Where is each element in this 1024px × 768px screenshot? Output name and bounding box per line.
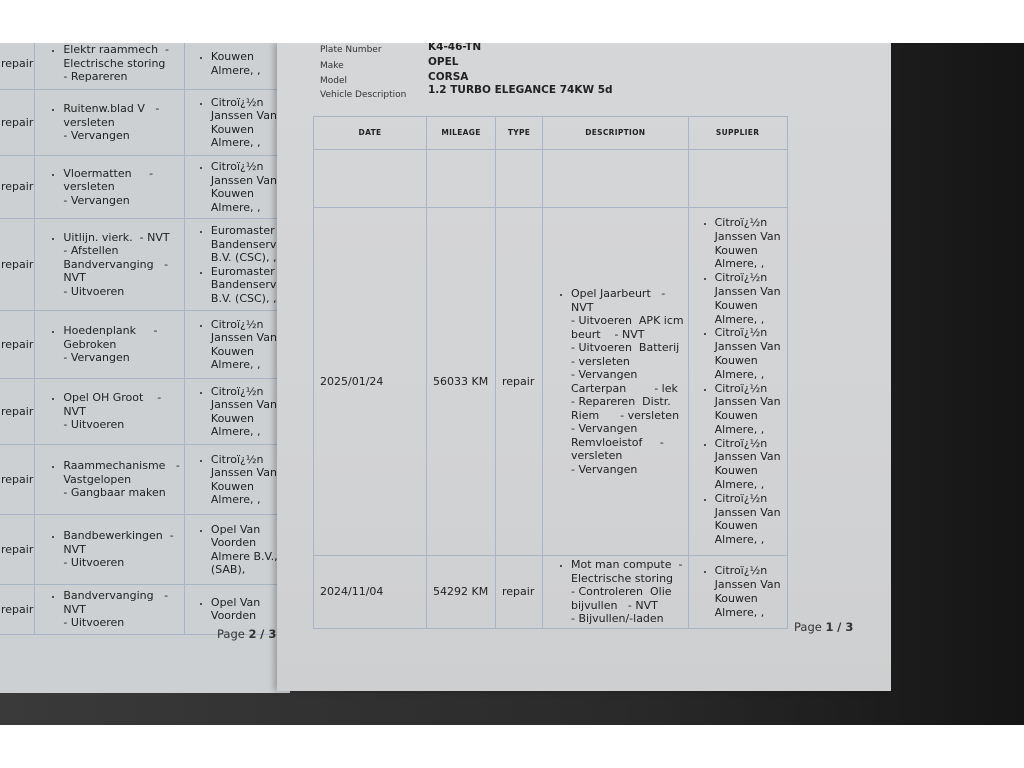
bullet-list: Opel OH Groot -NVT- Uitvoeren bbox=[39, 391, 180, 432]
text-line: Remvloeistof - bbox=[571, 436, 684, 450]
list-item: Citroï¿½nJanssen VanKouwenAlmere, , bbox=[715, 437, 785, 492]
bullet-list: Citroï¿½nJanssen VanKouwenAlmere, , bbox=[691, 564, 785, 619]
text-line: Almere, , bbox=[715, 313, 785, 327]
type-cell: repair bbox=[0, 43, 35, 90]
text-line: NVT bbox=[63, 603, 180, 617]
text-line: versleten bbox=[571, 449, 684, 463]
description-cell: Uitlijn. vierk. - NVT- AfstellenBandverv… bbox=[35, 219, 185, 311]
description-cell: Bandvervanging -NVT- Uitvoeren bbox=[35, 585, 185, 635]
description-cell: Elektr raammech -Electrische storing- Re… bbox=[35, 43, 185, 90]
description-cell: Opel OH Groot -NVT- Uitvoeren bbox=[35, 379, 185, 445]
model-value: CORSA bbox=[428, 71, 468, 83]
text-line: - Uitvoeren bbox=[63, 285, 180, 299]
service-history-table-page-2: repairElektr raammech -Electrische stori… bbox=[0, 43, 295, 635]
supplier-cell: Citroï¿½nJanssen VanKouwenAlmere, , bbox=[688, 556, 787, 629]
list-item: Vloermatten -versleten- Vervangen bbox=[63, 167, 180, 208]
text-line: Kouwen bbox=[715, 592, 785, 606]
bullet-list: Uitlijn. vierk. - NVT- AfstellenBandverv… bbox=[39, 231, 180, 299]
list-item: Hoedenplank -Gebroken- Vervangen bbox=[63, 324, 180, 365]
text-line: Janssen Van bbox=[715, 285, 785, 299]
text-line: Riem - versleten bbox=[571, 409, 684, 423]
table-row: repairHoedenplank -Gebroken- VervangenCi… bbox=[0, 311, 295, 379]
table-row: repairOpel OH Groot -NVT- UitvoerenCitro… bbox=[0, 379, 295, 445]
bullet-list: Ruitenw.blad V -versleten- Vervangen bbox=[39, 102, 180, 143]
text-line: Opel OH Groot - bbox=[63, 391, 180, 405]
text-line: - Uitvoeren bbox=[63, 418, 180, 432]
model-label: Model bbox=[320, 76, 347, 86]
text-line: Janssen Van bbox=[715, 340, 785, 354]
description-cell: Mot man compute -Electrische storing- Co… bbox=[543, 556, 689, 629]
description-cell: Ruitenw.blad V -versleten- Vervangen bbox=[35, 90, 185, 156]
text-line: Elektr raammech - bbox=[63, 43, 180, 57]
supplier-cell: Citroï¿½nJanssen VanKouwenAlmere, ,Citro… bbox=[688, 208, 787, 556]
text-line: Almere, , bbox=[715, 423, 785, 437]
text-line: Kouwen bbox=[715, 464, 785, 478]
text-line: Kouwen bbox=[715, 519, 785, 533]
description-cell: Hoedenplank -Gebroken- Vervangen bbox=[35, 311, 185, 379]
text-line: Janssen Van bbox=[715, 395, 785, 409]
list-item: Citroï¿½nJanssen VanKouwenAlmere, , bbox=[715, 564, 785, 619]
description-cell: Bandbewerkingen -NVT- Uitvoeren bbox=[35, 515, 185, 585]
type-cell: repair bbox=[496, 208, 543, 556]
type-cell: repair bbox=[0, 219, 35, 311]
text-line: Ruitenw.blad V - bbox=[63, 102, 180, 116]
text-line: Bandvervanging - bbox=[63, 589, 180, 603]
table-header-row: DATE MILEAGE TYPE DESCRIPTION SUPPLIER bbox=[314, 117, 788, 150]
type-cell: repair bbox=[0, 585, 35, 635]
plate-number-value: K4-46-TN bbox=[428, 43, 481, 53]
text-line: - Repareren Distr. bbox=[571, 395, 684, 409]
list-item: Raammechanisme -Vastgelopen- Gangbaar ma… bbox=[63, 459, 180, 500]
text-line: - Uitvoeren bbox=[63, 616, 180, 630]
vehicle-description-label: Vehicle Description bbox=[320, 90, 406, 100]
text-line: Citroï¿½n bbox=[715, 492, 785, 506]
list-item: Uitlijn. vierk. - NVT- AfstellenBandverv… bbox=[63, 231, 180, 299]
document-page-2: repairElektr raammech -Electrische stori… bbox=[0, 43, 290, 693]
text-line: Janssen Van bbox=[715, 578, 785, 592]
text-line: Kouwen bbox=[715, 409, 785, 423]
list-item: Citroï¿½nJanssen VanKouwenAlmere, , bbox=[715, 382, 785, 437]
list-item: Ruitenw.blad V -versleten- Vervangen bbox=[63, 102, 180, 143]
column-header-supplier: SUPPLIER bbox=[688, 117, 787, 150]
text-line: Janssen Van bbox=[715, 450, 785, 464]
list-item: Opel OH Groot -NVT- Uitvoeren bbox=[63, 391, 180, 432]
text-line: Kouwen bbox=[715, 244, 785, 258]
text-line: Janssen Van bbox=[715, 230, 785, 244]
table-row: repairBandbewerkingen -NVT- UitvoerenOpe… bbox=[0, 515, 295, 585]
text-line: Carterpan - lek bbox=[571, 382, 684, 396]
bullet-list: Raammechanisme -Vastgelopen- Gangbaar ma… bbox=[39, 459, 180, 500]
text-line: NVT bbox=[63, 271, 180, 285]
text-line: - Gangbaar maken bbox=[63, 486, 180, 500]
list-item: Opel Jaarbeurt -NVT- Uitvoeren APK icmbe… bbox=[571, 287, 684, 476]
text-line: - Vervangen bbox=[63, 351, 180, 365]
text-line: - Uitvoeren APK icm bbox=[571, 314, 684, 328]
list-item: Citroï¿½nJanssen VanKouwenAlmere, , bbox=[715, 492, 785, 547]
table-row: repairRaammechanisme -Vastgelopen- Gangb… bbox=[0, 445, 295, 515]
bullet-list: Vloermatten -versleten- Vervangen bbox=[39, 167, 180, 208]
text-line: Electrische storing bbox=[571, 572, 684, 586]
table-row: repairVloermatten -versleten- VervangenC… bbox=[0, 156, 295, 219]
text-line: Citroï¿½n bbox=[715, 382, 785, 396]
bullet-list: Bandbewerkingen -NVT- Uitvoeren bbox=[39, 529, 180, 570]
page-number-2: Page 2 / 3 bbox=[217, 627, 276, 641]
text-line: - Controleren Olie bbox=[571, 585, 684, 599]
column-header-description: DESCRIPTION bbox=[543, 117, 689, 150]
text-line: - versleten bbox=[571, 355, 684, 369]
list-item: Bandbewerkingen -NVT- Uitvoeren bbox=[63, 529, 180, 570]
plate-number-label: Plate Number bbox=[320, 45, 382, 55]
list-item: Mot man compute -Electrische storing- Co… bbox=[571, 558, 684, 626]
table-row: 2025/01/2456033 KMrepairOpel Jaarbeurt -… bbox=[314, 208, 788, 556]
description-cell bbox=[543, 150, 689, 208]
mileage-cell bbox=[427, 150, 496, 208]
column-header-type: TYPE bbox=[496, 117, 543, 150]
table-row: repairRuitenw.blad V -versleten- Vervang… bbox=[0, 90, 295, 156]
text-line: - Uitvoeren Batterij bbox=[571, 341, 684, 355]
bullet-list: Opel Jaarbeurt -NVT- Uitvoeren APK icmbe… bbox=[547, 287, 684, 476]
type-cell: repair bbox=[496, 556, 543, 629]
text-line: - Vervangen bbox=[571, 463, 684, 477]
text-line: Kouwen bbox=[715, 354, 785, 368]
text-line: Citroï¿½n bbox=[715, 271, 785, 285]
type-cell bbox=[496, 150, 543, 208]
text-line: Opel Jaarbeurt - bbox=[571, 287, 684, 301]
text-line: - Vervangen bbox=[63, 129, 180, 143]
list-item: Bandvervanging -NVT- Uitvoeren bbox=[63, 589, 180, 630]
text-line: Electrische storing bbox=[63, 57, 180, 71]
type-cell: repair bbox=[0, 156, 35, 219]
text-line: Vastgelopen bbox=[63, 473, 180, 487]
text-line: Citroï¿½n bbox=[715, 216, 785, 230]
text-line: Almere, , bbox=[715, 478, 785, 492]
make-value: OPEL bbox=[428, 56, 459, 68]
text-line: Almere, , bbox=[715, 533, 785, 547]
text-line: - Vervangen bbox=[571, 422, 684, 436]
table-row: repairUitlijn. vierk. - NVT- AfstellenBa… bbox=[0, 219, 295, 311]
list-item: Citroï¿½nJanssen VanKouwenAlmere, , bbox=[715, 271, 785, 326]
text-line: NVT bbox=[63, 405, 180, 419]
text-line: Almere, , bbox=[715, 257, 785, 271]
service-history-table: DATE MILEAGE TYPE DESCRIPTION SUPPLIER 2… bbox=[313, 116, 788, 629]
text-line: NVT bbox=[63, 543, 180, 557]
text-line: bijvullen - NVT bbox=[571, 599, 684, 613]
table-row bbox=[314, 150, 788, 208]
text-line: Almere, , bbox=[715, 368, 785, 382]
text-line: Vloermatten - bbox=[63, 167, 180, 181]
text-line: Almere, , bbox=[715, 606, 785, 620]
supplier-cell bbox=[688, 150, 787, 208]
list-item: Citroï¿½nJanssen VanKouwenAlmere, , bbox=[715, 326, 785, 381]
text-line: Citroï¿½n bbox=[715, 437, 785, 451]
text-line: - Repareren bbox=[63, 70, 180, 84]
bullet-list: Citroï¿½nJanssen VanKouwenAlmere, ,Citro… bbox=[691, 216, 785, 547]
text-line: - Uitvoeren bbox=[63, 556, 180, 570]
mileage-cell: 54292 KM bbox=[427, 556, 496, 629]
text-line: Uitlijn. vierk. - NVT bbox=[63, 231, 180, 245]
document-page-1: Plate Number K4-46-TN Make OPEL Model CO… bbox=[277, 43, 891, 691]
table-row: 2024/11/0454292 KMrepairMot man compute … bbox=[314, 556, 788, 629]
description-cell: Vloermatten -versleten- Vervangen bbox=[35, 156, 185, 219]
date-cell bbox=[314, 150, 427, 208]
text-line: versleten bbox=[63, 180, 180, 194]
text-line: NVT bbox=[571, 301, 684, 315]
column-header-mileage: MILEAGE bbox=[427, 117, 496, 150]
description-cell: Opel Jaarbeurt -NVT- Uitvoeren APK icmbe… bbox=[543, 208, 689, 556]
text-line: - Bijvullen/-laden bbox=[571, 612, 684, 626]
list-item: Citroï¿½nJanssen VanKouwenAlmere, , bbox=[715, 216, 785, 271]
table-row: repairElektr raammech -Electrische stori… bbox=[0, 43, 295, 90]
text-line: Mot man compute - bbox=[571, 558, 684, 572]
bullet-list: Bandvervanging -NVT- Uitvoeren bbox=[39, 589, 180, 630]
type-cell: repair bbox=[0, 379, 35, 445]
type-cell: repair bbox=[0, 311, 35, 379]
bullet-list: Mot man compute -Electrische storing- Co… bbox=[547, 558, 684, 626]
vehicle-description-value: 1.2 TURBO ELEGANCE 74KW 5d bbox=[428, 84, 613, 96]
bullet-list: Elektr raammech -Electrische storing- Re… bbox=[39, 43, 180, 84]
text-line: Bandbewerkingen - bbox=[63, 529, 180, 543]
date-cell: 2024/11/04 bbox=[314, 556, 427, 629]
type-cell: repair bbox=[0, 445, 35, 515]
text-line: Gebroken bbox=[63, 338, 180, 352]
type-cell: repair bbox=[0, 90, 35, 156]
text-line: - Afstellen bbox=[63, 244, 180, 258]
text-line: Hoedenplank - bbox=[63, 324, 180, 338]
list-item: Elektr raammech -Electrische storing- Re… bbox=[63, 43, 180, 84]
text-line: - Vervangen bbox=[571, 368, 684, 382]
text-line: Kouwen bbox=[715, 299, 785, 313]
type-cell: repair bbox=[0, 515, 35, 585]
column-header-date: DATE bbox=[314, 117, 427, 150]
text-line: - Vervangen bbox=[63, 194, 180, 208]
make-label: Make bbox=[320, 61, 344, 71]
text-line: Bandvervanging - bbox=[63, 258, 180, 272]
text-line: versleten bbox=[63, 116, 180, 130]
mileage-cell: 56033 KM bbox=[427, 208, 496, 556]
text-line: Raammechanisme - bbox=[63, 459, 180, 473]
photo-scene: repairElektr raammech -Electrische stori… bbox=[0, 43, 1024, 725]
text-line: Citroï¿½n bbox=[715, 326, 785, 340]
text-line: Janssen Van bbox=[715, 506, 785, 520]
description-cell: Raammechanisme -Vastgelopen- Gangbaar ma… bbox=[35, 445, 185, 515]
bullet-list: Hoedenplank -Gebroken- Vervangen bbox=[39, 324, 180, 365]
date-cell: 2025/01/24 bbox=[314, 208, 427, 556]
text-line: beurt - NVT bbox=[571, 328, 684, 342]
text-line: Citroï¿½n bbox=[715, 564, 785, 578]
page-number-1: Page 1 / 3 bbox=[794, 620, 853, 634]
